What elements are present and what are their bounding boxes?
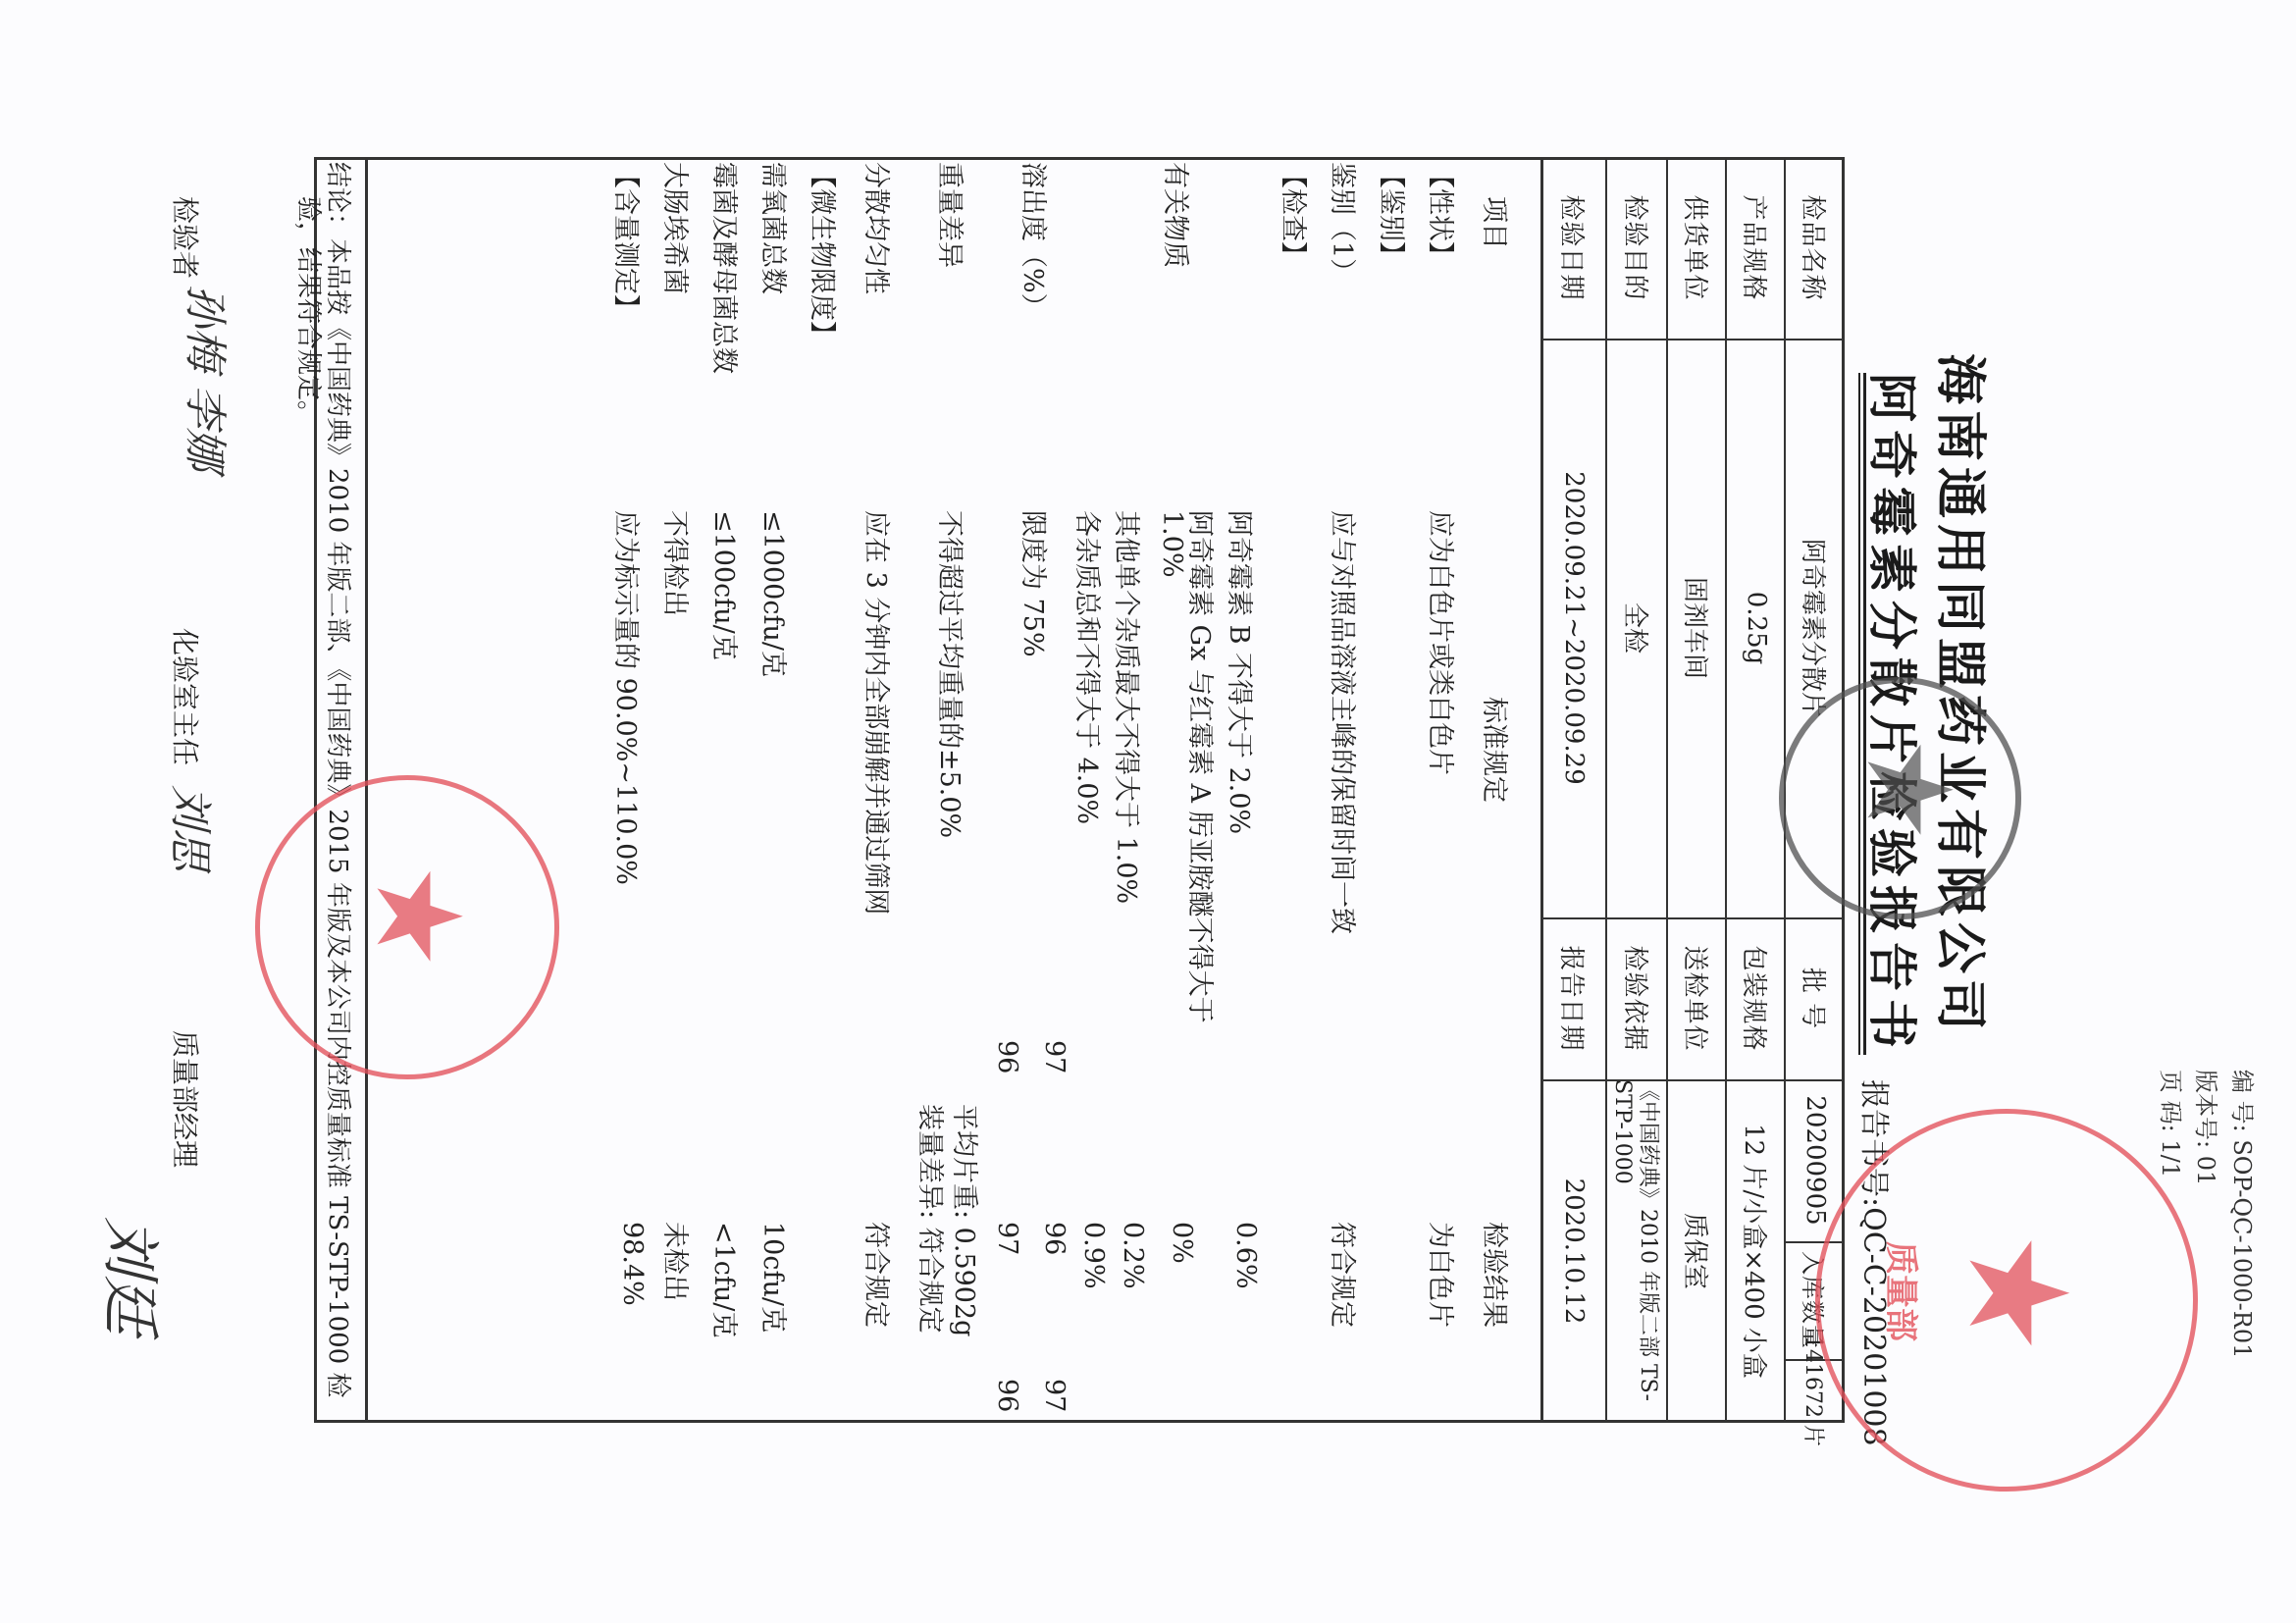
- qa-department-stamp: ★ 质量部: [1815, 1109, 2198, 1492]
- value-packaging: 12 片/小盒×400 小盒: [1727, 1079, 1786, 1423]
- dissolution-r1-c1: 97: [1039, 1040, 1070, 1073]
- dissolution-r2-c2: 97: [992, 1222, 1022, 1255]
- item-tests: 【检查】: [1277, 162, 1315, 268]
- res-fill-variation: 装量差异: 符合规定: [913, 1104, 952, 1334]
- res-identification-1: 符合规定: [1326, 1222, 1364, 1328]
- item-dispersion: 分散均匀性: [860, 162, 898, 294]
- value-basis: 《中国药典》2010 年版二部 TS-STP-1000: [1607, 1079, 1668, 1423]
- res-total-impurity: 0.9%: [1078, 1222, 1109, 1289]
- std-azithro-gx: 阿奇霉素 Gx 与红霉素 A 肟亚胺醚不得大于: [1183, 510, 1222, 1023]
- std-appearance: 应为白色片或类白色片: [1424, 510, 1462, 775]
- stamp-star-icon: ★: [1849, 737, 1966, 843]
- dissolution-r1-c3: 97: [1039, 1379, 1070, 1412]
- label-batch-no: 批 号: [1786, 917, 1845, 1079]
- qa-manager-signature: 刘廷: [92, 1217, 177, 1335]
- res-avg-weight: 平均片重: 0.5902g: [948, 1104, 986, 1336]
- std-weight-variation: 不得超过平均重量的±5.0%: [933, 510, 971, 838]
- item-microbial-limits: 【微生物限度】: [806, 162, 844, 347]
- grey-company-stamp: ★: [1779, 677, 2021, 919]
- std-azithro-gx-limit: 1.0%: [1157, 510, 1187, 578]
- item-aerobic-count: 需氧菌总数: [757, 162, 795, 294]
- dissolution-r2-c1: 96: [992, 1040, 1022, 1073]
- res-azithro-gx: 0%: [1167, 1222, 1197, 1264]
- dissolution-r1-c2: 96: [1039, 1222, 1070, 1255]
- label-purpose: 检验目的: [1607, 157, 1668, 339]
- item-e-coli: 大肠埃希菌: [658, 162, 697, 294]
- item-mold-yeast: 霉菌及酵母菌总数: [707, 162, 746, 374]
- std-total-impurity: 各杂质总和不得大于 4.0%: [1070, 510, 1109, 824]
- res-assay: 98.4%: [617, 1222, 648, 1306]
- item-weight-variation: 重量差异: [933, 162, 971, 268]
- item-related-substances: 有关物质: [1159, 162, 1197, 268]
- std-azithro-b: 阿奇霉素 B 不得大于 2.0%: [1223, 510, 1261, 834]
- value-test-date: 2020.09.21~2020.09.29: [1540, 339, 1607, 917]
- customer-stamp: ★: [255, 775, 559, 1079]
- version-number: 版本号: 01: [2191, 1070, 2225, 1185]
- doc-code: 编 号: SOP-QC-1000-R01: [2227, 1070, 2262, 1358]
- std-aerobic-count: ≤1000cfu/克: [757, 510, 795, 677]
- std-dissolution: 限度为 75%: [1017, 510, 1055, 657]
- res-appearance: 为白色片: [1424, 1222, 1462, 1328]
- stamp-star-icon: ★: [358, 864, 476, 969]
- label-product-name: 检品名称: [1786, 157, 1845, 339]
- res-mold-yeast: <1cfu/克: [707, 1222, 746, 1337]
- label-test-date: 检验日期: [1540, 157, 1607, 339]
- std-single-impurity: 其他单个杂质最大不得大于 1.0%: [1110, 510, 1148, 904]
- inspection-report-page: 编 号: SOP-QC-1000-R01 版本号: 01 页 码: 1/1 海南…: [0, 0, 2296, 1623]
- value-report-date: 2020.10.12: [1540, 1079, 1607, 1423]
- lab-head-signature: 刘思: [163, 785, 226, 871]
- value-supplier: 固剂车间: [1668, 339, 1727, 917]
- stamp-star-icon: ★: [1948, 1231, 2085, 1355]
- std-dispersion: 应在 3 分钟内全部崩解并通过筛网: [860, 510, 898, 915]
- lab-head-label: 化验室主任: [167, 628, 206, 765]
- label-supplier: 供货单位: [1668, 157, 1727, 339]
- dissolution-r2-c3: 96: [992, 1379, 1022, 1412]
- value-purpose: 全检: [1607, 339, 1668, 917]
- res-dispersion: 符合规定: [860, 1222, 898, 1328]
- item-identification: 【鉴别】: [1375, 162, 1413, 268]
- item-assay: 【含量测定】: [609, 162, 648, 321]
- res-single-impurity: 0.2%: [1118, 1222, 1148, 1289]
- value-spec: 0.25g: [1727, 339, 1786, 917]
- col-header-item: 项目: [1478, 196, 1516, 249]
- label-submitting-unit: 送检单位: [1668, 917, 1727, 1079]
- page-number: 页 码: 1/1: [2156, 1070, 2190, 1178]
- label-basis: 检验依据: [1607, 917, 1668, 1079]
- stamp-inner-text: 质量部: [1880, 1241, 1928, 1341]
- col-header-standard: 标准规定: [1478, 697, 1516, 803]
- res-e-coli: 未检出: [658, 1222, 697, 1301]
- res-aerobic-count: 10cfu/克: [757, 1222, 795, 1333]
- res-azithro-b: 0.6%: [1230, 1222, 1261, 1289]
- value-submitting-unit: 质保室: [1668, 1079, 1727, 1423]
- col-header-result: 检验结果: [1478, 1222, 1516, 1328]
- std-mold-yeast: ≤100cfu/克: [707, 510, 746, 660]
- item-appearance: 【性状】: [1424, 162, 1462, 268]
- label-report-date: 报告日期: [1540, 917, 1607, 1079]
- label-packaging: 包装规格: [1727, 917, 1786, 1079]
- qa-manager-label: 质量部经理: [167, 1030, 206, 1168]
- inspector-label: 检验者: [167, 196, 206, 279]
- item-dissolution: 溶出度（%）: [1017, 162, 1055, 320]
- conclusion-line-2: 验，结果符合规定。: [292, 196, 329, 426]
- std-e-coli: 不得检出: [658, 510, 697, 616]
- std-identification-1: 应与对照品溶液主峰的保留时间一致: [1326, 510, 1364, 934]
- inspector-signature: 孙梅 李娜: [178, 285, 240, 471]
- item-identification-1: 鉴别（1）: [1326, 162, 1364, 285]
- label-spec: 产品规格: [1727, 157, 1786, 339]
- std-assay: 应为标示量的 90.0%~110.0%: [609, 510, 648, 885]
